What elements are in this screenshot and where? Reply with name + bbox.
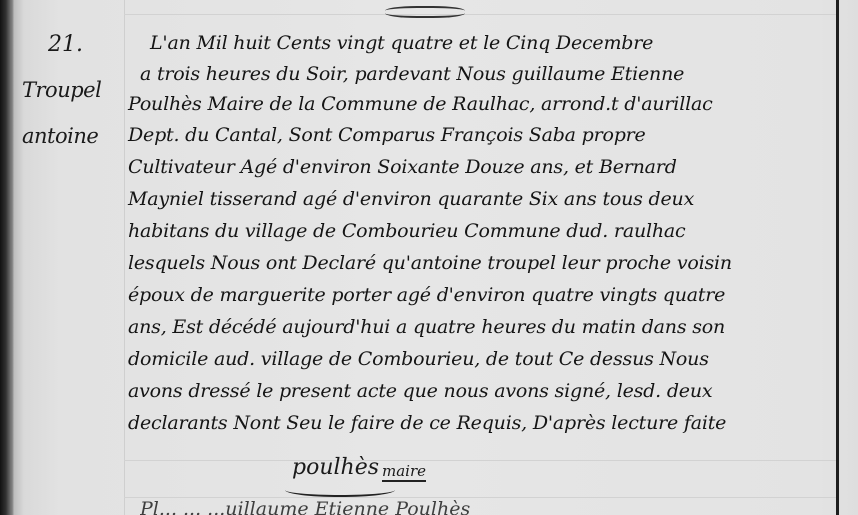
text-line-10: ans, Est décédé aujourd'hui a quatre heu… <box>128 316 725 338</box>
ruled-line <box>124 460 836 461</box>
binding-shadow <box>0 0 14 515</box>
text-line-7: habitans du village de Combourieu Commun… <box>128 220 685 242</box>
text-line-13: declarants Nont Seu le faire de ce Requi… <box>128 412 726 434</box>
signature-title: maire <box>382 462 426 482</box>
ruled-line <box>124 14 836 15</box>
signature-flourish <box>285 483 395 497</box>
margin-given-name: antoine <box>22 124 98 148</box>
margin-surname: Troupel <box>22 78 101 102</box>
right-page-border <box>836 0 839 515</box>
entry-number: 21. <box>48 32 83 57</box>
margin-rule <box>124 0 125 515</box>
text-line-8: lesquels Nous ont Declaré qu'antoine tro… <box>128 252 732 274</box>
mayor-signature: poulhès <box>292 455 379 480</box>
text-line-3: Poulhès Maire de la Commune de Raulhac, … <box>128 93 713 115</box>
previous-entry-flourish <box>385 6 465 18</box>
text-line-11: domicile aud. village de Combourieu, de … <box>128 348 709 370</box>
text-line-5: Cultivateur Agé d'environ Soixante Douze… <box>128 156 677 178</box>
document-page: 21. Troupel antoine L'an Mil huit Cents … <box>0 0 858 515</box>
text-line-9: époux de marguerite porter agé d'environ… <box>128 284 725 306</box>
text-line-12: avons dressé le present acte que nous av… <box>128 380 712 402</box>
text-line-6: Mayniel tisserand agé d'environ quarante… <box>128 188 694 210</box>
text-line-1: L'an Mil huit Cents vingt quatre et le C… <box>150 32 653 54</box>
text-line-4: Dept. du Cantal, Sont Comparus François … <box>128 124 646 146</box>
next-entry-fragment: Pl... ... ...uillaume Etienne Poulhès <box>140 498 470 515</box>
text-line-2: a trois heures du Soir, pardevant Nous g… <box>140 63 684 85</box>
